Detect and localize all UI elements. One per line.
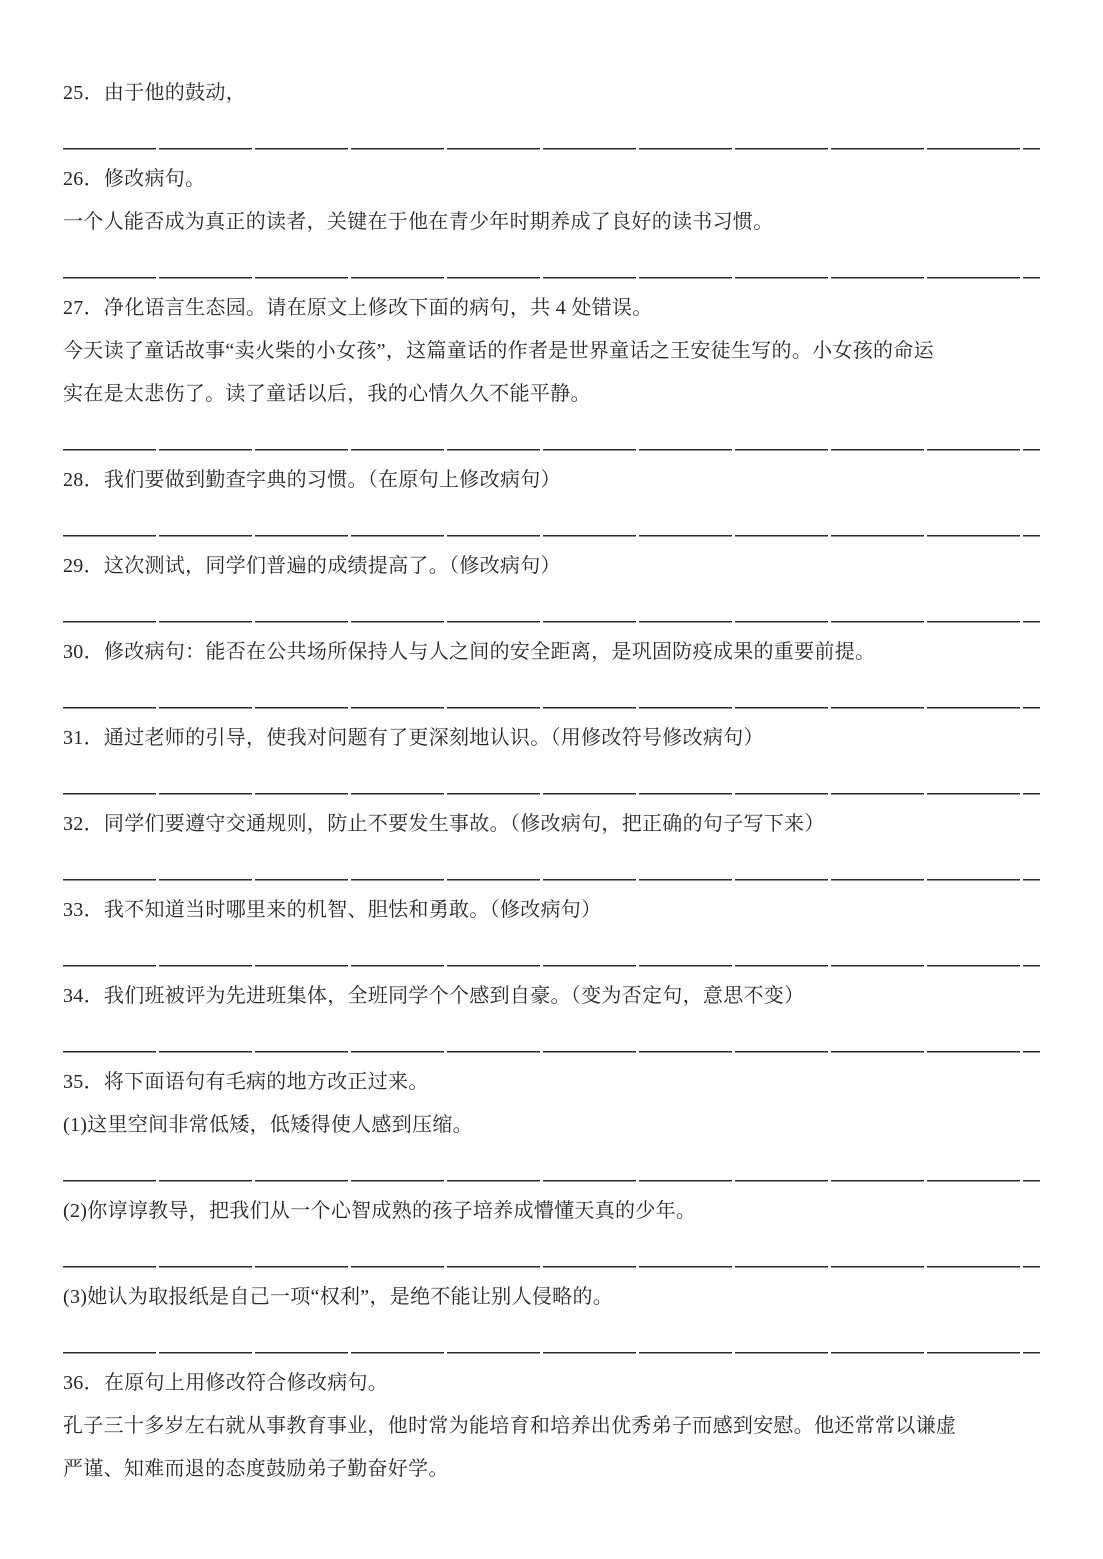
- answer-blank-35-1[interactable]: [63, 1147, 1040, 1190]
- question-35: 35．将下面语句有毛病的地方改正过来。: [63, 1061, 1040, 1104]
- answer-blank-33[interactable]: [63, 932, 1040, 975]
- question-30: 30．修改病句：能否在公共场所保持人与人之间的安全距离，是巩固防疫成果的重要前提…: [63, 631, 1040, 674]
- answer-blank-29[interactable]: [63, 588, 1040, 631]
- answer-blank-32[interactable]: [63, 846, 1040, 889]
- question-35-item-1: (1)这里空间非常低矮，低矮得使人感到压缩。: [63, 1104, 1040, 1147]
- answer-blank-31[interactable]: [63, 760, 1040, 803]
- question-27: 27．净化语言生态园。请在原文上修改下面的病句，共 4 处错误。: [63, 287, 1040, 330]
- question-33: 33．我不知道当时哪里来的机智、胆怯和勇敢。（修改病句）: [63, 889, 1040, 932]
- question-29: 29．这次测试，同学们普遍的成绩提高了。（修改病句）: [63, 545, 1040, 588]
- answer-blank-30[interactable]: [63, 674, 1040, 717]
- worksheet-page: 25．由于他的鼓动， 26．修改病句。 一个人能否成为真正的读者，关键在于他在青…: [0, 0, 1103, 1559]
- answer-blank-25[interactable]: [63, 115, 1040, 158]
- question-36: 36．在原句上用修改符合修改病句。: [63, 1362, 1040, 1405]
- answer-blank-28[interactable]: [63, 502, 1040, 545]
- answer-blank-35-3[interactable]: [63, 1319, 1040, 1362]
- question-36-passage-line-2: 严谨、知难而退的态度鼓励弟子勤奋好学。: [63, 1448, 1040, 1491]
- question-27-passage-line-2: 实在是太悲伤了。读了童话以后，我的心情久久不能平静。: [63, 373, 1040, 416]
- question-26-sentence: 一个人能否成为真正的读者，关键在于他在青少年时期养成了良好的读书习惯。: [63, 201, 1040, 244]
- question-28: 28．我们要做到勤查字典的习惯。（在原句上修改病句）: [63, 459, 1040, 502]
- question-34: 34．我们班被评为先进班集体，全班同学个个感到自豪。（变为否定句，意思不变）: [63, 975, 1040, 1018]
- question-25: 25．由于他的鼓动，: [63, 72, 1040, 115]
- question-32: 32．同学们要遵守交通规则，防止不要发生事故。（修改病句，把正确的句子写下来）: [63, 803, 1040, 846]
- answer-blank-34[interactable]: [63, 1018, 1040, 1061]
- question-26: 26．修改病句。: [63, 158, 1040, 201]
- answer-blank-26[interactable]: [63, 244, 1040, 287]
- question-36-passage-line-1: 孔子三十多岁左右就从事教育事业，他时常为能培育和培养出优秀弟子而感到安慰。他还常…: [63, 1405, 1040, 1448]
- answer-blank-35-2[interactable]: [63, 1233, 1040, 1276]
- question-35-item-2: (2)你谆谆教导，把我们从一个心智成熟的孩子培养成懵懂天真的少年。: [63, 1190, 1040, 1233]
- question-31: 31．通过老师的引导，使我对问题有了更深刻地认识。（用修改符号修改病句）: [63, 717, 1040, 760]
- answer-blank-27[interactable]: [63, 416, 1040, 459]
- question-27-passage-line-1: 今天读了童话故事“卖火柴的小女孩”，这篇童话的作者是世界童话之王安徒生写的。小女…: [63, 330, 1040, 373]
- question-35-item-3: (3)她认为取报纸是自己一项“权利”，是绝不能让别人侵略的。: [63, 1276, 1040, 1319]
